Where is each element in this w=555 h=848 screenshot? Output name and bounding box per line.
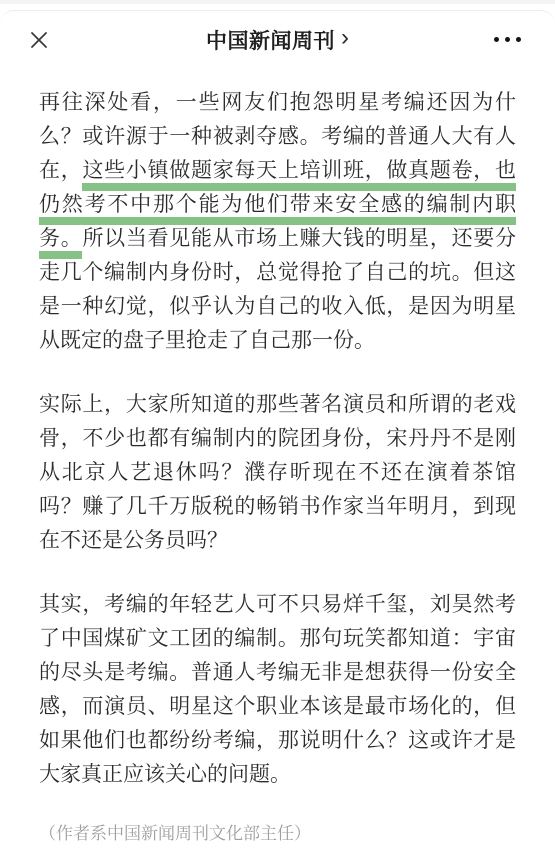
dot: [516, 37, 521, 42]
body-text: 所以当看见能从市场上赚大钱的明星，还要分走几个编制内身份时，总觉得抢了自己的坑。…: [39, 227, 516, 352]
more-menu-icon[interactable]: [494, 29, 521, 51]
paragraph: 再往深处看，一些网友们抱怨明星考编还因为什么？或许源于一种被剥夺感。考编的普通人…: [39, 86, 516, 358]
article-body: 再往深处看，一些网友们抱怨明星考编还因为什么？或许源于一种被剥夺感。考编的普通人…: [0, 68, 555, 846]
chevron-right-icon: ›: [341, 26, 349, 53]
body-text: 其实，考编的年轻艺人可不只易烊千玺，刘昊然考了中国煤矿文工团的编制。那句玩笑都知…: [39, 593, 516, 786]
header-bar: 中国新闻周刊 ›: [0, 11, 555, 68]
body-text: 实际上，大家所知道的那些著名演员和所谓的老戏骨，不少也都有编制内的院团身份，宋丹…: [39, 393, 516, 552]
paragraph: 实际上，大家所知道的那些著名演员和所谓的老戏骨，不少也都有编制内的院团身份，宋丹…: [39, 388, 516, 558]
paragraph: 其实，考编的年轻艺人可不只易烊千玺，刘昊然考了中国煤矿文工团的编制。那句玩笑都知…: [39, 588, 516, 792]
page-title: 中国新闻周刊: [206, 25, 335, 55]
top-strip: [0, 0, 555, 4]
author-note: （作者系中国新闻周刊文化部主任）: [39, 822, 516, 846]
dot: [494, 37, 499, 42]
close-icon[interactable]: [28, 29, 50, 51]
article-card: 中国新闻周刊 › 再往深处看，一些网友们抱怨明星考编还因为什么？或许源于一种被剥…: [0, 10, 555, 846]
article-screen: 中国新闻周刊 › 再往深处看，一些网友们抱怨明星考编还因为什么？或许源于一种被剥…: [0, 0, 555, 848]
dot: [505, 37, 510, 42]
account-title-link[interactable]: 中国新闻周刊 ›: [206, 25, 349, 55]
